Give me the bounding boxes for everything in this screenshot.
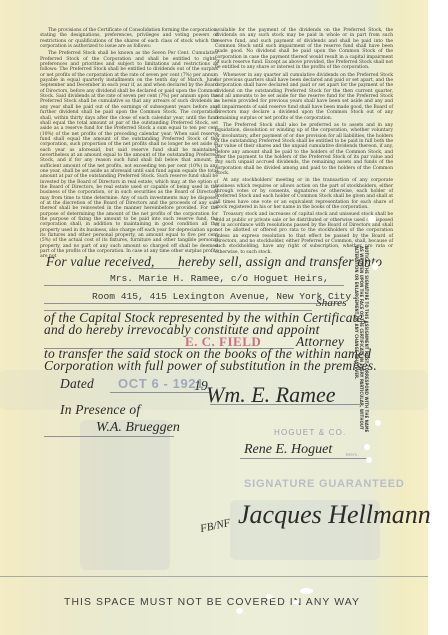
punch-hole bbox=[366, 457, 372, 463]
assignor-signature-rule bbox=[210, 404, 360, 405]
guarantor-signature: Jacques Hellmann bbox=[238, 500, 431, 530]
punch-hole bbox=[300, 588, 313, 594]
cumulative-paragraph: Whenever in any quarter all cumulative d… bbox=[215, 73, 393, 121]
witness-rule bbox=[44, 436, 174, 437]
preferred-stock-paragraph: The Preferred Stock shall be known as th… bbox=[40, 51, 218, 259]
provisions-left-column: The provisions of the Certificate of Con… bbox=[40, 28, 218, 262]
signature-notice: NOTICE: THE SIGNATURE TO THIS ASSIGNMENT… bbox=[354, 246, 369, 472]
provisions-right-column: available for the payment of the dividen… bbox=[215, 28, 393, 257]
initials: FB/NF bbox=[199, 517, 231, 535]
date-stamp: OCT 6 - 1921 bbox=[118, 376, 204, 391]
constitute-label: and do hereby irrevocably constitute and… bbox=[44, 322, 320, 338]
footer-divider bbox=[0, 576, 428, 577]
hereby-sell-label: hereby sell, assign and transfer unto bbox=[178, 254, 382, 270]
dated-rule bbox=[110, 392, 210, 393]
certificate-paper: The provisions of the Certificate of Con… bbox=[0, 0, 428, 635]
show-through-vignette bbox=[80, 420, 170, 570]
punch-hole bbox=[364, 444, 370, 450]
notice-line-3: ALTERATION OR ENLARGEMENT OR ANY CHANGE … bbox=[354, 246, 359, 380]
shares-label: Shares bbox=[316, 297, 347, 309]
liquidation-paragraph: The Preferred Stock shall also be prefer… bbox=[215, 123, 393, 176]
witness-signature: W.A. Brueggen bbox=[96, 420, 180, 436]
provisions-paragraph: The provisions of the Certificate of Con… bbox=[40, 28, 218, 49]
punch-hole bbox=[293, 600, 299, 605]
voting-paragraph: At any stockholders' meeting or in the t… bbox=[215, 178, 393, 210]
in-presence-label: In Presence of bbox=[60, 402, 140, 418]
firm-partner-signature: Rene E. Hoguet bbox=[244, 442, 332, 458]
signature-guaranteed-stamp: SIGNATURE GUARANTEED bbox=[244, 478, 405, 490]
punch-hole bbox=[372, 262, 378, 270]
punch-hole bbox=[375, 420, 381, 426]
notice-line-1: NOTICE: THE SIGNATURE TO THIS ASSIGNMENT… bbox=[364, 246, 369, 432]
dated-label: Dated bbox=[60, 376, 94, 392]
assignee-rule-1 bbox=[44, 285, 344, 286]
notice-line-2: AS WRITTEN UPON THE FACE OF THE CERTIFIC… bbox=[359, 246, 364, 430]
corporation-label: Corporation with full power of substitut… bbox=[44, 358, 377, 374]
footer-notice: THIS SPACE MUST NOT BE COVERED IN ANY WA… bbox=[64, 597, 360, 608]
assignee-rule-2 bbox=[44, 303, 344, 304]
dividends-paragraph: available for the payment of the dividen… bbox=[215, 28, 393, 71]
punch-hole bbox=[236, 608, 243, 614]
assignor-line bbox=[130, 268, 180, 269]
assignee-line-1: Mrs. Marie H. Ramee, c/o Hoguet Heirs, bbox=[110, 273, 329, 284]
firm-stamp: HOGUET & CO. bbox=[274, 428, 346, 437]
firm-signature-rule bbox=[240, 458, 368, 459]
punch-hole bbox=[368, 215, 376, 223]
punch-hole bbox=[266, 594, 273, 599]
